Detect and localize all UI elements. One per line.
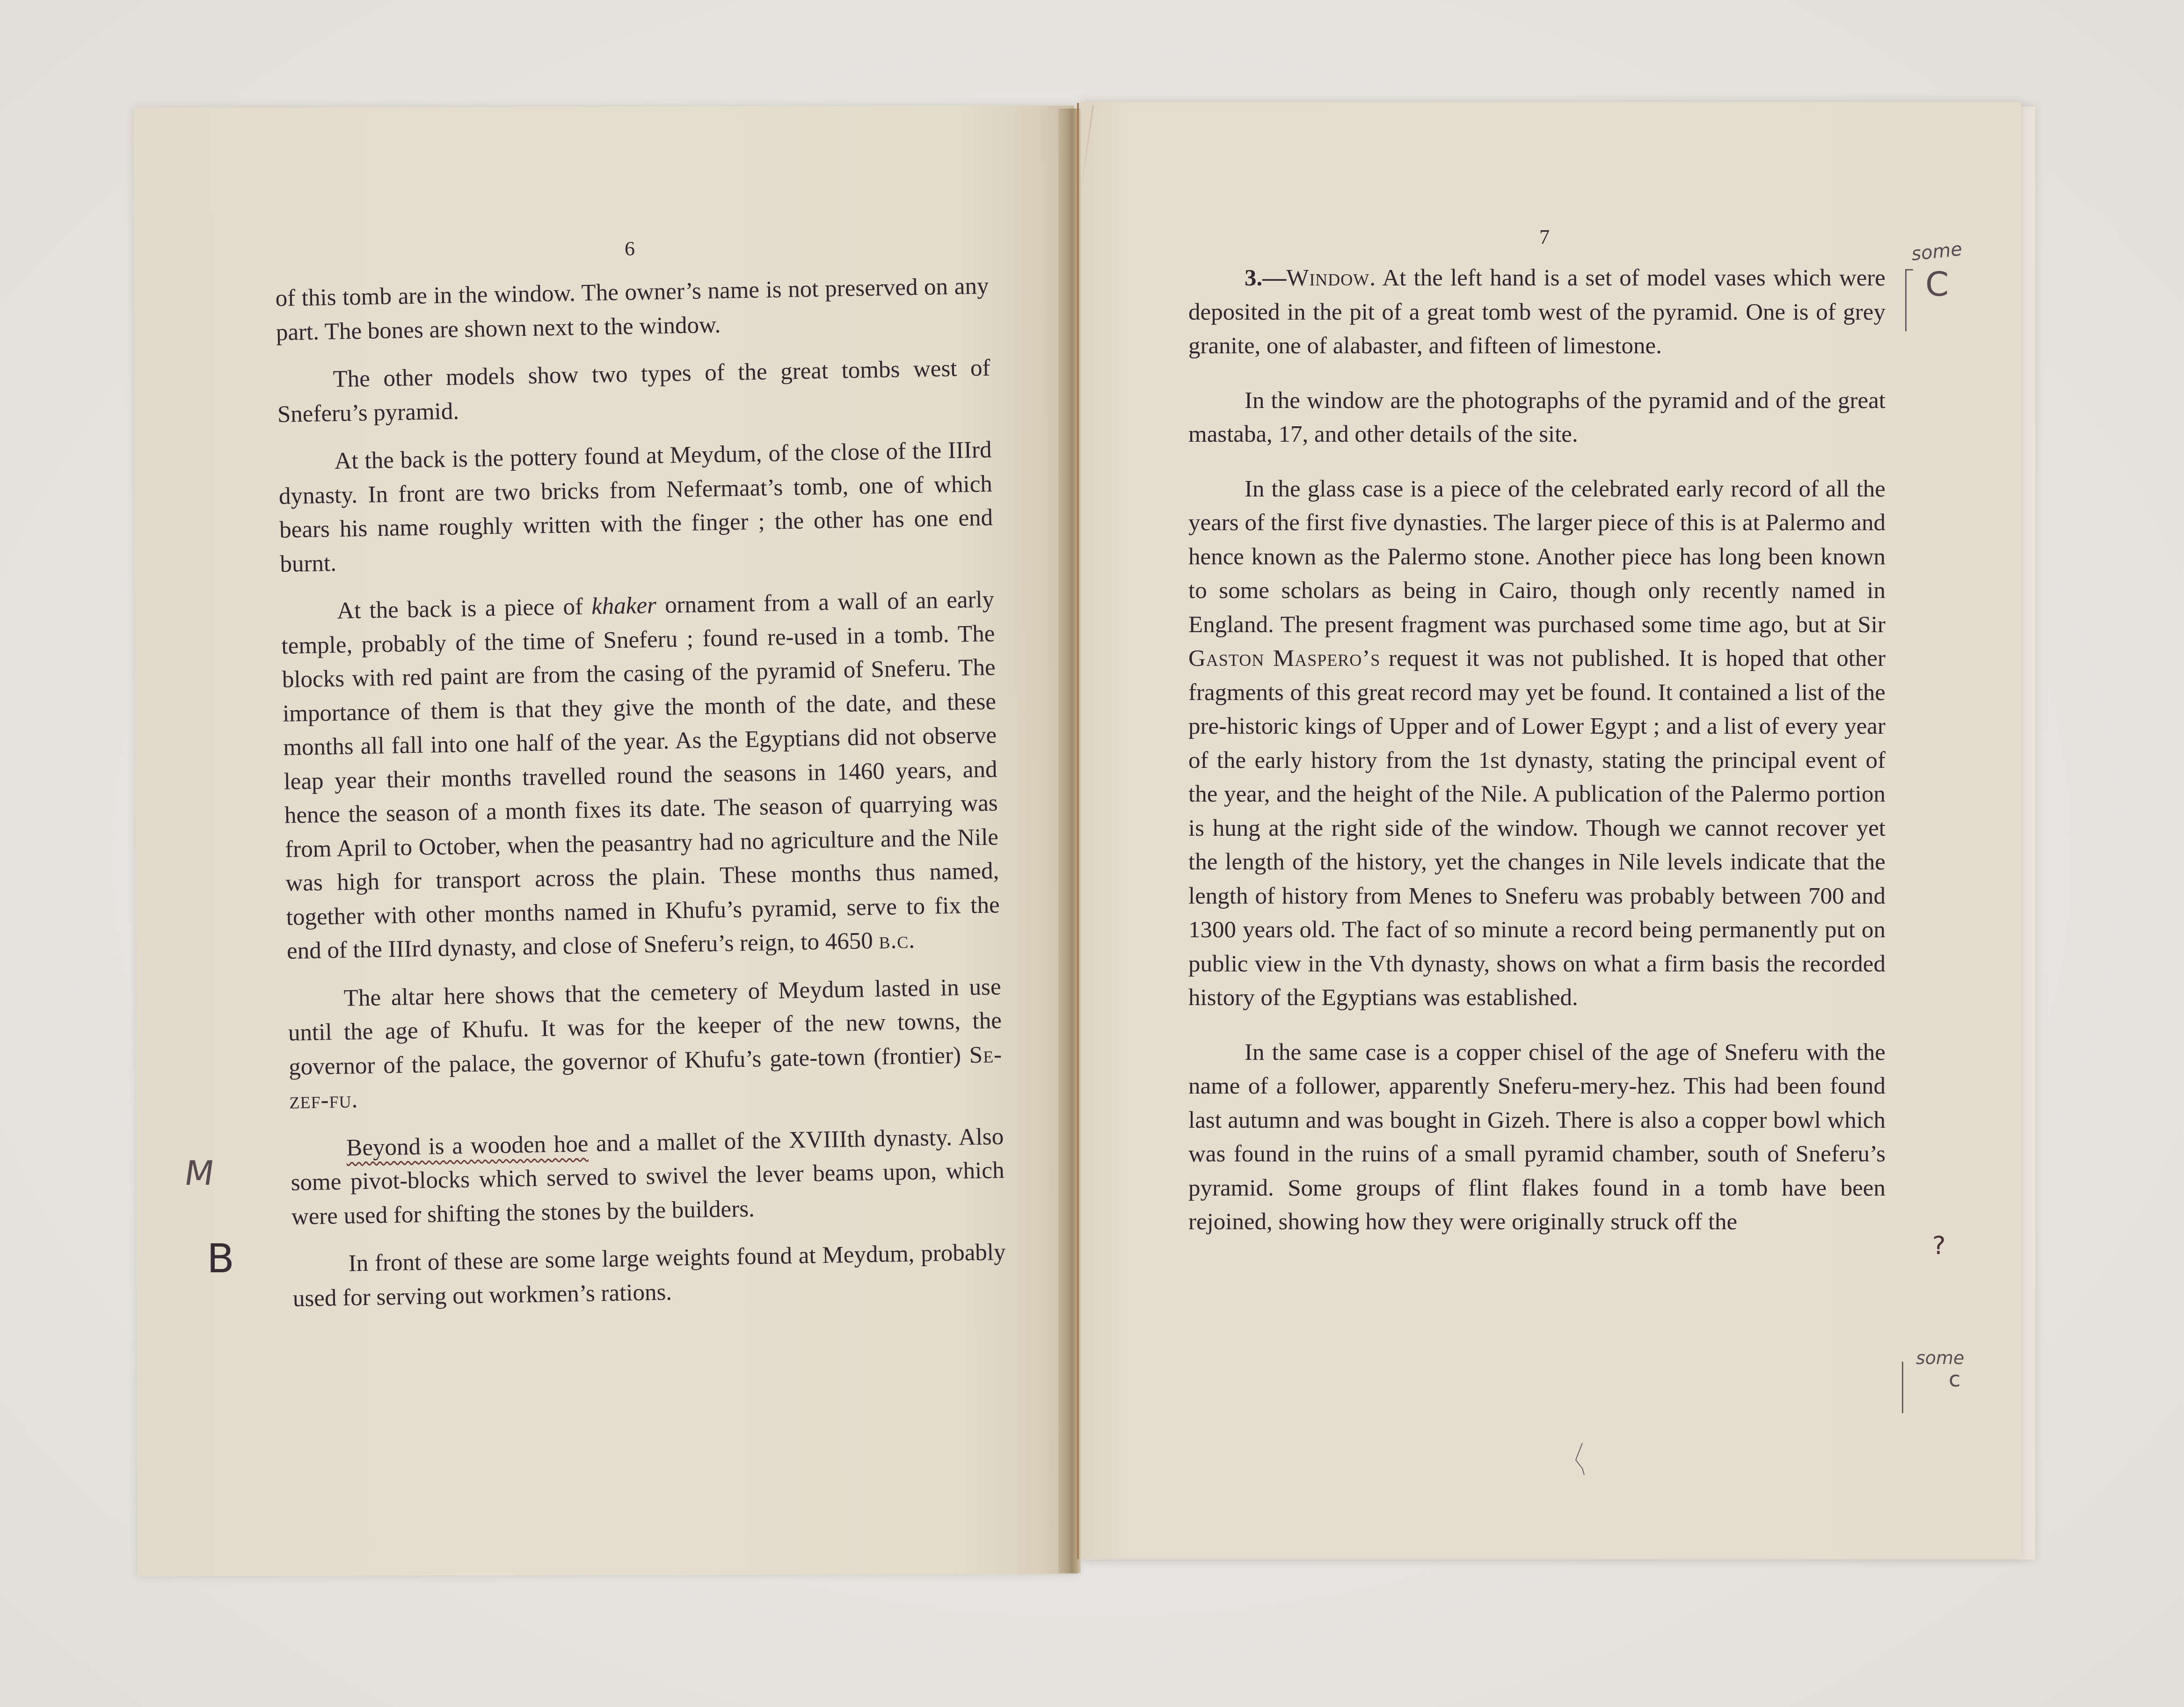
handwritten-underline-text: Beyond is a wooden hoe [346,1131,589,1161]
margin-note-m: M [182,1153,217,1193]
paragraph-text: ornament from a wall of an early temple,… [281,586,1000,964]
paragraph: Beyond is a wooden hoe and a mallet of t… [290,1120,1005,1234]
paragraph: of this tomb are in the window. The owne… [275,269,990,350]
paragraph: 3.—Window. At the left hand is a set of … [1188,261,1886,363]
paragraph-text: In front of these are some large weights… [292,1239,1005,1312]
paragraph-text: At the back is a piece of [337,593,592,624]
paragraph-text: In the glass case is a piece of the cele… [1188,476,1886,638]
paragraph: In the window are the photographs of the… [1188,384,1886,452]
paragraph: In the glass case is a piece of the cele… [1188,472,1886,1015]
paragraph-text: In the same case is a copper chisel of t… [1188,1039,1886,1235]
margin-bracket-bottom [1902,1362,1903,1413]
proper-name-smallcaps: Gaston Maspero’s [1188,645,1380,671]
italic-term: khaker [591,592,657,620]
right-page-text: 3.—Window. At the left hand is a set of … [1188,261,1886,1253]
paragraph-text: In the window are the photographs of the… [1188,387,1886,448]
paragraph: At the back is a piece of khaker ornamen… [281,583,1001,968]
section-number: 3.— [1245,265,1286,291]
margin-note-question: ? [1932,1231,1946,1260]
paragraph: In front of these are some large weights… [292,1235,1006,1316]
paragraph-text: request it was not published. It is hope… [1188,645,1886,1011]
margin-note-c-top: C [1925,264,1949,304]
paragraph: In the same case is a copper chisel of t… [1188,1036,1886,1239]
margin-note-c-bottom: c [1949,1366,1960,1392]
spine-edge [1077,103,1079,1559]
margin-note-some-bottom: some [1916,1348,1964,1368]
era-abbreviation: b.c. [879,927,915,954]
pencil-stroke [1572,1441,1591,1479]
paragraph-text: of this tomb are in the window. The owne… [275,273,989,345]
left-page-text: of this tomb are in the window. The owne… [275,269,1007,1329]
margin-note-b: B [207,1235,234,1282]
paragraph: At the back is the pottery found at Meyd… [278,433,994,581]
paragraph-text: The altar here shows that the cemetery o… [288,974,1002,1080]
margin-bracket-top [1905,269,1913,331]
paragraph-text: The other models show two types of the g… [277,355,990,427]
paragraph: The other models show two types of the g… [277,351,991,431]
section-heading: Window. [1286,265,1376,291]
page-number-left: 6 [625,239,635,259]
paragraph: The altar here shows that the cemetery o… [287,970,1003,1118]
paragraph-text: At the back is the pottery found at Meyd… [279,437,993,577]
page-number-right: 7 [1539,227,1550,248]
